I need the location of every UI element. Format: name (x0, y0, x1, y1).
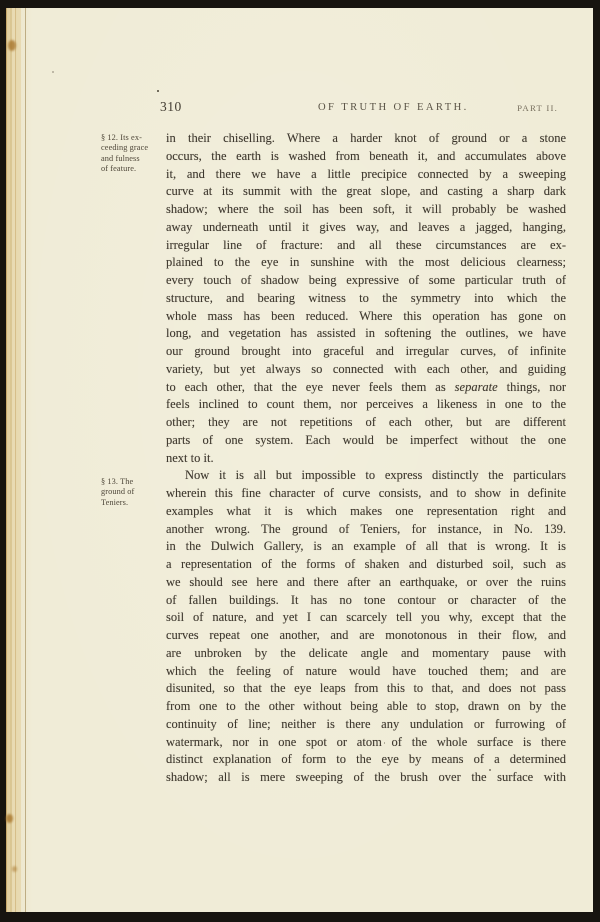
text-line: in the Dulwich Gallery, is an example of… (166, 538, 566, 556)
margin-note-line: ground of (101, 487, 161, 497)
text-line: Now it is all but impossible to express … (166, 467, 566, 485)
text-line: from one to the other without being able… (166, 698, 566, 716)
part-label: PART II. (517, 103, 558, 113)
text-line: it, and there we have a little precipice… (166, 166, 566, 184)
text-line: distinct explanation of form to the eye … (166, 751, 566, 769)
text-line-with-italic: to each other, that the eye never feels … (166, 379, 566, 397)
text-segment: to each other, that the eye never feels … (166, 380, 455, 394)
margin-note-line: and fulness (101, 154, 161, 164)
foxing-spot (6, 814, 13, 823)
text-line: are unbroken by the delicate angle and m… (166, 645, 566, 663)
text-line: in their chiselling. Where a harder knot… (166, 130, 566, 148)
text-line: structure, and bearing witness to the sy… (166, 290, 566, 308)
text-line: another wrong. The ground of Teniers, fo… (166, 521, 566, 539)
text-line: continuity of line; neither is there any… (166, 716, 566, 734)
text-line: shadow; all is mere sweeping of the brus… (166, 769, 566, 787)
text-line: our ground brought into graceful and irr… (166, 343, 566, 361)
text-line: soil of nature, and yet I can scarcely t… (166, 609, 566, 627)
text-line: whole mass has been reduced. Where this … (166, 308, 566, 326)
text-line: other; they are not repetitions of each … (166, 414, 566, 432)
text-line: shadow; where the soil has been soft, it… (166, 201, 566, 219)
text-line: variety, but yet always so connected wit… (166, 361, 566, 379)
dust-speck (157, 90, 159, 92)
italic-word: separate (455, 380, 498, 394)
margin-note-line: § 12. Its ex- (101, 133, 161, 143)
margin-note-line: Teniers. (101, 498, 161, 508)
text-line: curves repeat one another, and are monot… (166, 627, 566, 645)
margin-note-section-12: § 12. Its ex- ceeding grace and fulness … (101, 133, 161, 175)
dust-speck (52, 71, 54, 73)
scanned-book-page: 310 OF TRUTH OF EARTH. PART II. § 12. It… (0, 0, 600, 922)
running-header: 310 OF TRUTH OF EARTH. PART II. (0, 99, 600, 117)
foxing-spot (8, 40, 16, 51)
text-line: wherein this fine character of curve con… (166, 485, 566, 503)
text-segment: things, nor (498, 380, 566, 394)
book-page-edges (6, 8, 21, 912)
foxing-spot (12, 866, 17, 872)
text-line: which the feeling of nature would have t… (166, 663, 566, 681)
text-line: of fallen buildings. It has no tone cont… (166, 592, 566, 610)
margin-note-line: of feature. (101, 164, 161, 174)
margin-note-line: ceeding grace (101, 143, 161, 153)
text-line: curve at its summit with the great slope… (166, 183, 566, 201)
running-title: OF TRUTH OF EARTH. (318, 102, 469, 113)
text-line: watermark, nor in one spot or atom of th… (166, 734, 566, 752)
body-text: in their chiselling. Where a harder knot… (166, 130, 566, 787)
text-line: next to it. (166, 450, 566, 468)
text-line: occurs, the earth is washed from beneath… (166, 148, 566, 166)
text-line: plained to the eye in sunshine with the … (166, 254, 566, 272)
text-line: feels inclined to count them, nor percei… (166, 396, 566, 414)
text-line: parts of one system. Each would be imper… (166, 432, 566, 450)
text-line: irregular line of fracture: and all thes… (166, 237, 566, 255)
text-line: we should see here and there after an ea… (166, 574, 566, 592)
page-edge-line (25, 8, 26, 912)
text-line: away underneath until it gives way, and … (166, 219, 566, 237)
margin-note-line: § 13. The (101, 477, 161, 487)
text-line: a representation of the forms of shaken … (166, 556, 566, 574)
text-line: long, and vegetation has assisted in sof… (166, 325, 566, 343)
text-line: examples what it is which makes one repr… (166, 503, 566, 521)
text-line: disunited, so that the eye leaps from th… (166, 680, 566, 698)
text-line: every touch of shadow being expressive o… (166, 272, 566, 290)
page-number: 310 (160, 99, 182, 115)
margin-note-section-13: § 13. The ground of Teniers. (101, 477, 161, 508)
